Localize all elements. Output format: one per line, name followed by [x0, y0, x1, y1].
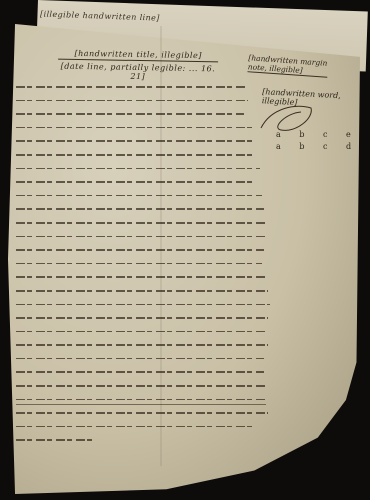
handwritten-line: [16, 284, 316, 298]
ink-stroke: [16, 222, 266, 224]
ink-stroke: [16, 263, 262, 265]
ink-stroke: [16, 140, 254, 142]
ink-stroke: [16, 399, 266, 401]
handwritten-line: [16, 352, 316, 366]
ink-stroke: [16, 344, 268, 346]
handwritten-line: [16, 325, 316, 339]
handwritten-line: [16, 202, 316, 216]
ink-stroke: [16, 100, 248, 102]
handwritten-line: [16, 107, 316, 121]
handwritten-line: [16, 298, 316, 312]
ink-stroke: [16, 195, 262, 197]
ink-stroke: [16, 304, 270, 306]
handwritten-line: [16, 311, 316, 325]
ink-stroke: [16, 426, 256, 428]
handwritten-line: [16, 365, 316, 379]
handwritten-line: [16, 243, 316, 257]
ink-stroke: [16, 276, 266, 278]
handwritten-line: [16, 134, 316, 148]
handwritten-line: [16, 80, 316, 94]
ink-stroke: [16, 249, 264, 251]
handwritten-line: [16, 162, 316, 176]
ink-stroke: [16, 371, 264, 373]
handwritten-line: [16, 175, 316, 189]
handwritten-line: [16, 270, 316, 284]
handwritten-line: [16, 189, 316, 203]
handwritten-line: [16, 216, 316, 230]
ink-stroke: [16, 331, 266, 333]
ink-stroke: [16, 208, 264, 210]
handwritten-line: [16, 230, 316, 244]
underline: [16, 404, 266, 405]
ink-stroke: [16, 317, 268, 319]
ink-stroke: [16, 385, 266, 387]
ink-stroke: [16, 154, 256, 156]
handwritten-line: [16, 393, 316, 407]
handwritten-line: [16, 420, 316, 434]
handwritten-line: [16, 121, 316, 135]
ink-stroke: [16, 86, 246, 88]
handwritten-line: [16, 94, 316, 108]
handwritten-line: [16, 257, 316, 271]
ink-stroke: [16, 290, 268, 292]
ink-stroke: [16, 236, 266, 238]
document-heading: [handwritten title, illegible] [date lin…: [58, 49, 219, 83]
ink-stroke: [16, 439, 96, 441]
ink-stroke: [16, 358, 264, 360]
ink-stroke: [16, 412, 268, 414]
ink-stroke: [16, 168, 260, 170]
manuscript-body: [16, 80, 316, 447]
handwritten-line: [16, 379, 316, 393]
handwritten-line: [16, 406, 316, 420]
handwritten-line: [16, 338, 316, 352]
handwritten-line: [16, 433, 316, 447]
ink-stroke: [16, 127, 252, 129]
ink-stroke: [16, 113, 244, 115]
ink-stroke: [16, 181, 256, 183]
handwritten-line: [16, 148, 316, 162]
